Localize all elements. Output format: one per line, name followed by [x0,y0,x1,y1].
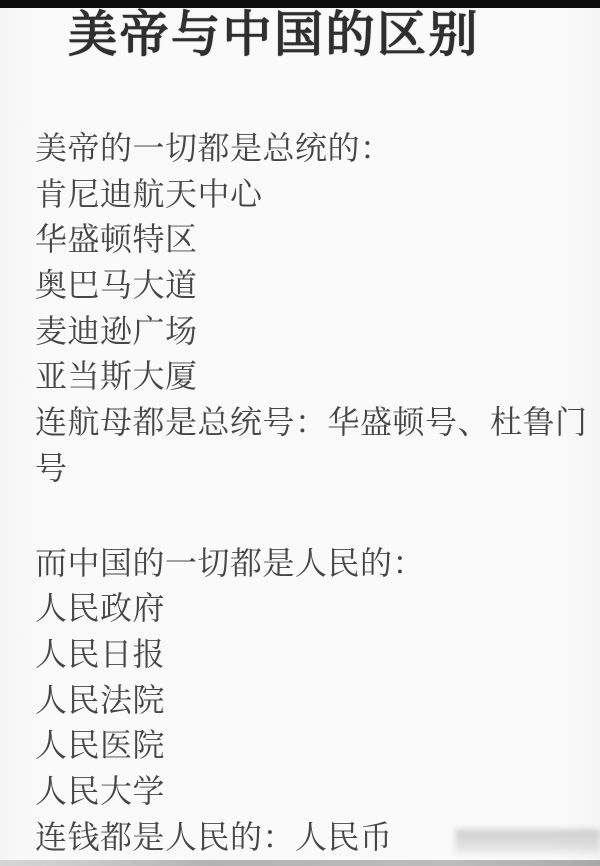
text-line: 肯尼迪航天中心 [35,172,600,218]
text-line: 美帝的一切都是总统的： [35,126,600,172]
text-image-page: 美帝与中国的区别 美帝的一切都是总统的： 肯尼迪航天中心 华盛顿特区 奥巴马大道… [0,0,600,866]
text-line: 人民医院 [35,723,600,769]
text-line: 人民日报 [35,632,600,678]
page-title: 美帝与中国的区别 [68,6,480,64]
text-line: 奥巴马大道 [35,263,600,309]
text-line: 亚当斯大厦 [35,354,600,400]
text-line: 号 [35,446,600,492]
blurred-watermark [455,829,600,854]
text-line: 华盛顿特区 [35,217,600,263]
section-usa: 美帝的一切都是总统的： 肯尼迪航天中心 华盛顿特区 奥巴马大道 麦迪逊广场 亚当… [35,126,600,492]
bottom-gray-bar [0,860,600,866]
text-line: 人民政府 [35,586,600,632]
text-body: 美帝的一切都是总统的： 肯尼迪航天中心 华盛顿特区 奥巴马大道 麦迪逊广场 亚当… [35,126,600,860]
text-line: 而中国的一切都是人民的： [35,541,600,587]
text-line: 连航母都是总统号：华盛顿号、杜鲁门 [35,400,600,446]
text-line: 麦迪逊广场 [35,309,600,355]
text-line: 人民大学 [35,769,600,815]
section-china: 而中国的一切都是人民的： 人民政府 人民日报 人民法院 人民医院 人民大学 连钱… [35,541,600,861]
text-line: 人民法院 [35,678,600,724]
